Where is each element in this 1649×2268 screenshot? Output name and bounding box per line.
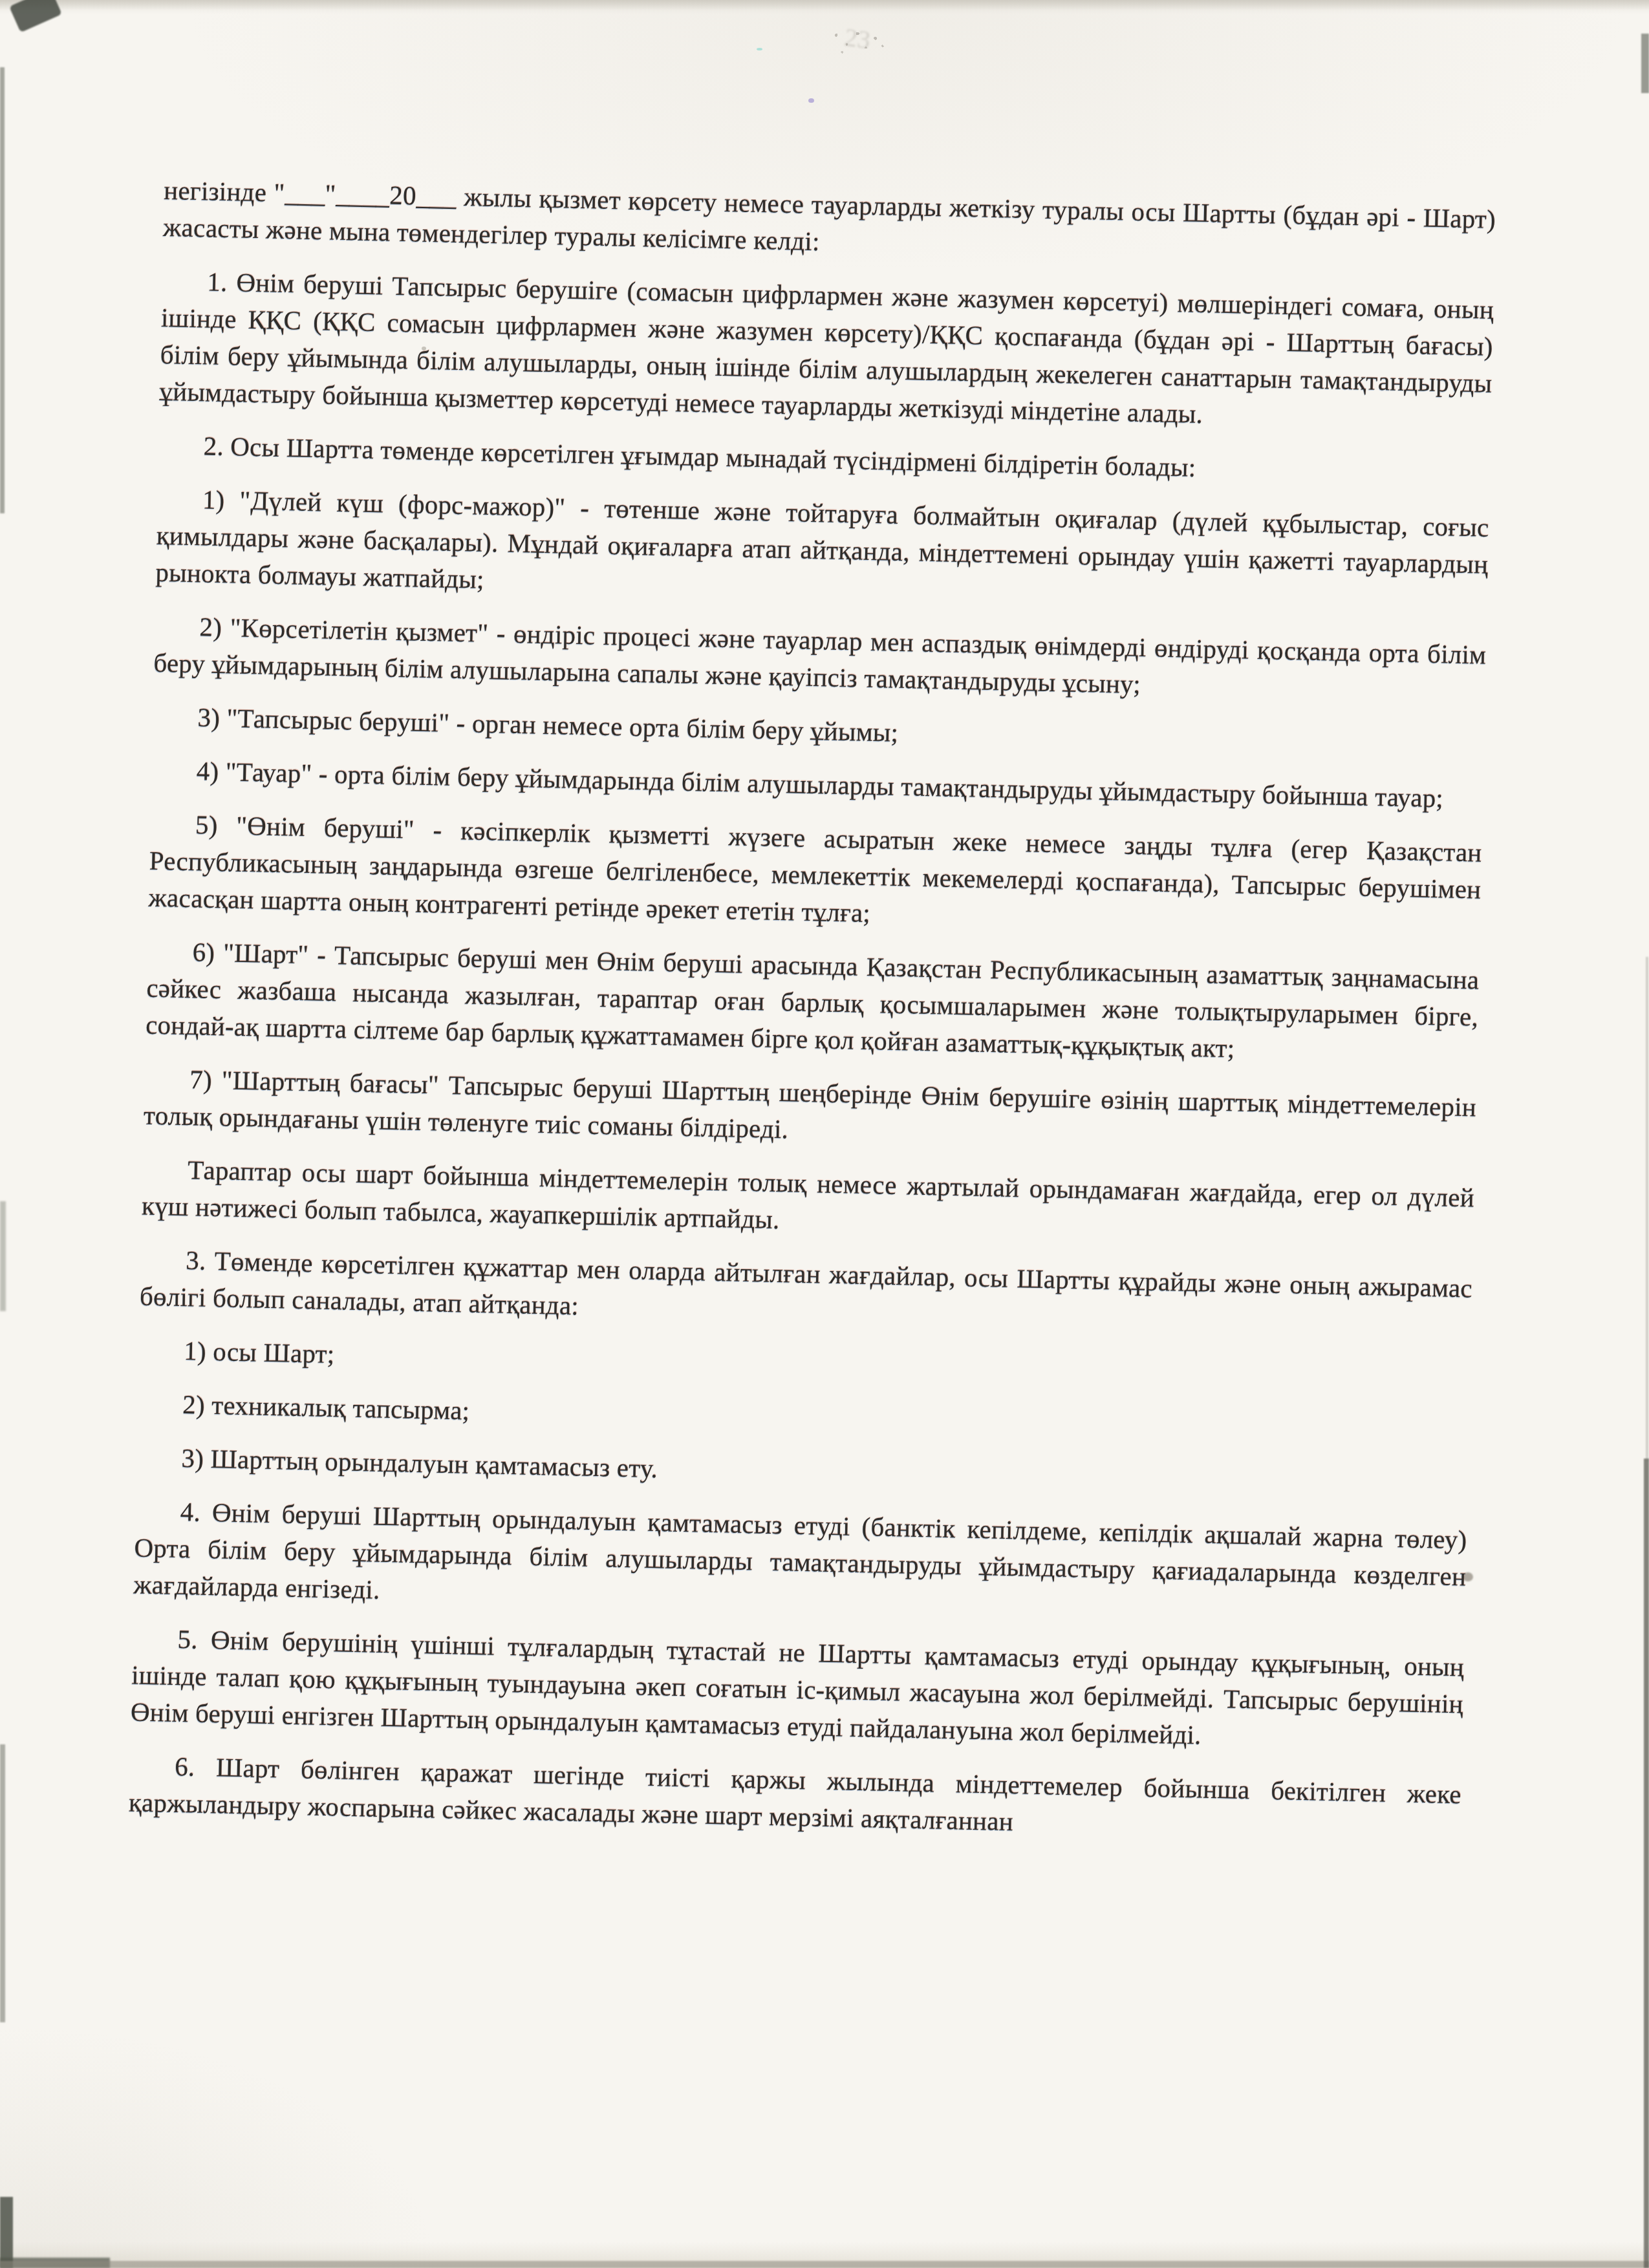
contract-paragraph: 3. Төменде көрсетілген құжаттар мен олар… [139, 1241, 1472, 1344]
contract-paragraph: 1) "Дүлей күш (форс-мажор)" - төтенше жә… [155, 480, 1489, 620]
contract-paragraph: 6) "Шарт" - Тапсырыс беруші мен Өнім бер… [145, 933, 1480, 1073]
pencil-page-number: 23 [843, 21, 872, 55]
contract-text-block: негізінде "___"____20___ жылы қызмет көр… [128, 172, 1496, 1850]
contract-paragraph: 3) Шарттың орындалуын қамтамасыз ету. [136, 1439, 1469, 1505]
contract-paragraph: 1. Өнім беруші Тапсырыс берушіге (сомасы… [159, 262, 1494, 439]
contract-paragraph: 5) "Өнім беруші" - кәсіпкерлік қызметті … [148, 806, 1482, 945]
scanned-contract-page: 23 негізінде "___"____20___ жылы қызмет … [0, 0, 1649, 2268]
contract-paragraph: 4) "Тауар" - орта білім беру ұйымдарында… [151, 752, 1483, 818]
contract-paragraph: 4. Өнім беруші Шарттың орындалуын қамтам… [133, 1493, 1467, 1632]
contract-paragraph: 2) "Көрсетілетін қызмет" - өндіріс проце… [153, 608, 1487, 711]
scan-left-edge-streak-2 [0, 1201, 6, 1311]
contract-paragraph: 6. Шарт бөлінген қаражат шегінде тиісті … [128, 1747, 1461, 1850]
contract-paragraph: 5. Өнім берушінің үшінші тұлғалардың тұт… [130, 1620, 1464, 1759]
scan-corner-bl-mark [0, 2197, 13, 2268]
contract-paragraph: 1) осы Шарт; [138, 1332, 1471, 1398]
scan-corner-tl-mark [9, 0, 62, 32]
scan-bottom-edge-line [0, 2261, 1649, 2268]
scan-corner-bl-foot [0, 2258, 110, 2268]
pencil-smudge [829, 26, 889, 57]
scan-left-edge-streak [0, 67, 5, 513]
scanner-speck-purple [808, 98, 814, 103]
scanner-speck-cyan [757, 48, 762, 50]
scan-top-edge-shadow [0, 0, 1649, 10]
scan-right-edge-line [1644, 1459, 1649, 2268]
contract-paragraph: 7) "Шарттың бағасы" Тапсырыс беруші Шарт… [144, 1060, 1477, 1163]
contract-paragraph: 3) "Тапсырыс беруші" - орган немесе орта… [152, 698, 1485, 764]
scan-left-edge-streak-3 [0, 1744, 5, 2022]
contract-paragraph: 2. Осы Шартта төменде көрсетілген ұғымда… [158, 427, 1491, 493]
scan-corner-tr-mark [1641, 34, 1649, 93]
contract-paragraph: Тараптар осы шарт бойынша міндеттемелері… [141, 1151, 1474, 1254]
scan-right-edge-faint [1646, 957, 1648, 1461]
contract-paragraph: 2) техникалық тапсырма; [137, 1385, 1470, 1451]
contract-paragraph: негізінде "___"____20___ жылы қызмет көр… [163, 172, 1496, 275]
